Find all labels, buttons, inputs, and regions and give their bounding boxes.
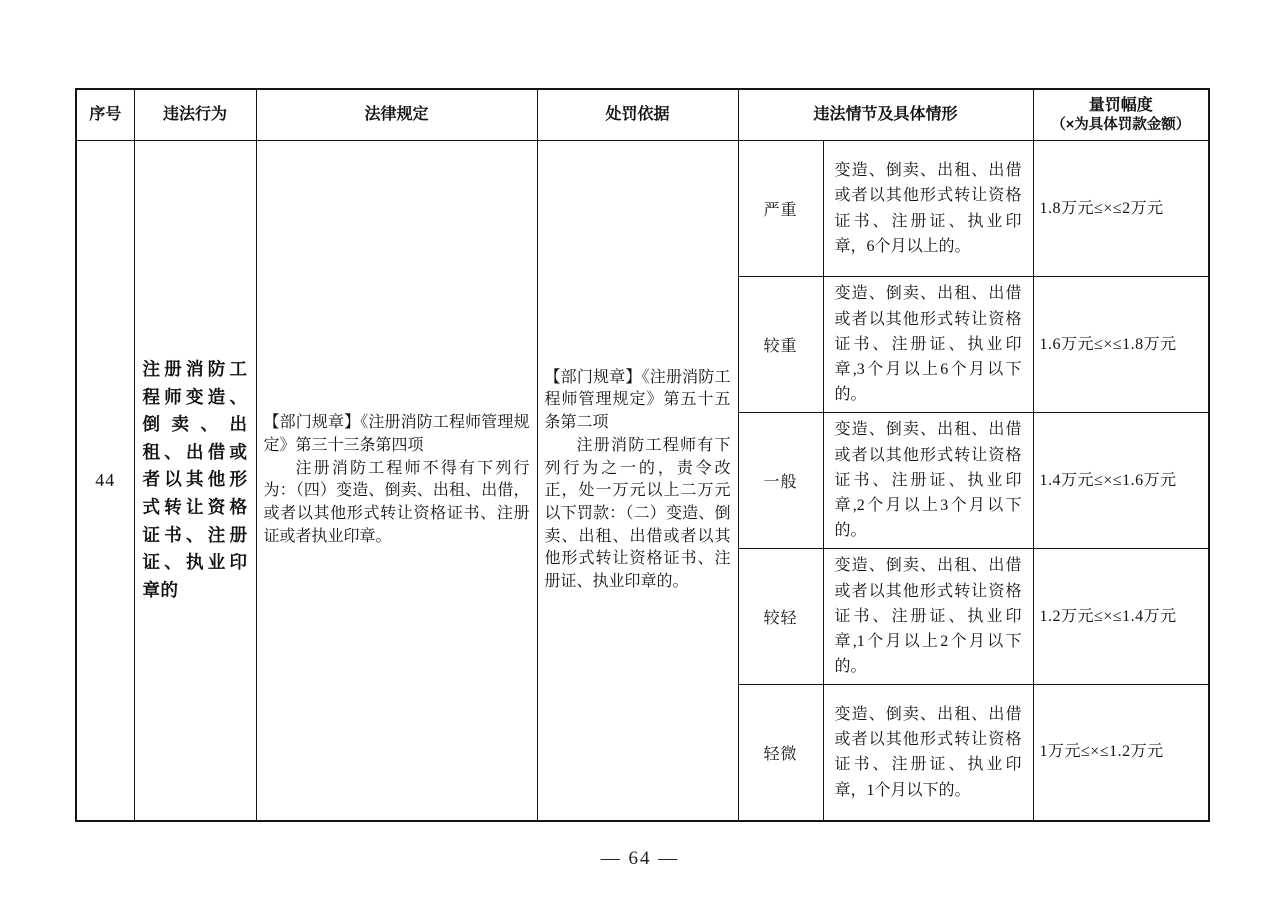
col-header-behavior: 违法行为 bbox=[134, 89, 256, 141]
cell-detail-1: 变造、倒卖、出租、出借或者以其他形式转让资格证书、注册证、执业印章，6个月以上的… bbox=[823, 141, 1033, 277]
cell-detail-2: 变造、倒卖、出租、出借或者以其他形式转让资格证书、注册证、执业印章,3个月以上6… bbox=[823, 277, 1033, 413]
legal-provision-citation: 【部门规章】《注册消防工程师管理规定》第三十三条第四项 bbox=[264, 412, 530, 457]
col-header-legal-provision: 法律规定 bbox=[256, 89, 537, 141]
col-header-penalty-range: 量罚幅度 （×为具体罚款金额） bbox=[1033, 89, 1209, 141]
table-row: 44 注册消防工程师变造、倒卖、出租、出借或者以其他形式转让资格证书、注册证、执… bbox=[76, 141, 1209, 277]
penalty-range-title: 量罚幅度 bbox=[1036, 96, 1207, 115]
cell-severity-2: 较重 bbox=[738, 277, 823, 413]
legal-provision-text: 注册消防工程师不得有下列行为：（四）变造、倒卖、出租、出借，或者以其他形式转让资… bbox=[264, 458, 530, 549]
cell-fine-range-1: 1.8万元≤×≤2万元 bbox=[1033, 141, 1209, 277]
cell-severity-5: 轻微 bbox=[738, 685, 823, 821]
cell-detail-3: 变造、倒卖、出租、出借或者以其他形式转让资格证书、注册证、执业印章,2个月以上3… bbox=[823, 413, 1033, 549]
cell-fine-range-2: 1.6万元≤×≤1.8万元 bbox=[1033, 277, 1209, 413]
cell-fine-range-3: 1.4万元≤×≤1.6万元 bbox=[1033, 413, 1209, 549]
cell-severity-4: 较轻 bbox=[738, 549, 823, 685]
table-header-row: 序号 违法行为 法律规定 处罚依据 违法情节及具体情形 量罚幅度 （×为具体罚款… bbox=[76, 89, 1209, 141]
page-number: — 64 — bbox=[0, 848, 1280, 870]
document-page: 序号 违法行为 法律规定 处罚依据 违法情节及具体情形 量罚幅度 （×为具体罚款… bbox=[0, 0, 1280, 905]
cell-fine-range-4: 1.2万元≤×≤1.4万元 bbox=[1033, 549, 1209, 685]
cell-severity-1: 严重 bbox=[738, 141, 823, 277]
col-header-circumstances: 违法情节及具体情形 bbox=[738, 89, 1033, 141]
cell-detail-4: 变造、倒卖、出租、出借或者以其他形式转让资格证书、注册证、执业印章,1个月以上2… bbox=[823, 549, 1033, 685]
penalty-basis-citation: 【部门规章】《注册消防工程师管理规定》第五十五条第二项 bbox=[545, 367, 731, 435]
penalty-basis-text: 注册消防工程师有下列行为之一的，责令改正，处一万元以上二万元以下罚款：（二）变造… bbox=[545, 435, 731, 594]
col-header-penalty-basis: 处罚依据 bbox=[537, 89, 738, 141]
col-header-index: 序号 bbox=[76, 89, 134, 141]
penalty-range-note: （×为具体罚款金额） bbox=[1036, 117, 1207, 134]
cell-severity-3: 一般 bbox=[738, 413, 823, 549]
cell-illegal-behavior: 注册消防工程师变造、倒卖、出租、出借或者以其他形式转让资格证书、注册证、执业印章… bbox=[134, 141, 256, 821]
penalty-discretion-table: 序号 违法行为 法律规定 处罚依据 违法情节及具体情形 量罚幅度 （×为具体罚款… bbox=[75, 88, 1210, 822]
cell-legal-provision: 【部门规章】《注册消防工程师管理规定》第三十三条第四项 注册消防工程师不得有下列… bbox=[256, 141, 537, 821]
cell-fine-range-5: 1万元≤×≤1.2万元 bbox=[1033, 685, 1209, 821]
cell-penalty-basis: 【部门规章】《注册消防工程师管理规定》第五十五条第二项 注册消防工程师有下列行为… bbox=[537, 141, 738, 821]
cell-detail-5: 变造、倒卖、出租、出借或者以其他形式转让资格证书、注册证、执业印章，1个月以下的… bbox=[823, 685, 1033, 821]
cell-row-index: 44 bbox=[76, 141, 134, 821]
